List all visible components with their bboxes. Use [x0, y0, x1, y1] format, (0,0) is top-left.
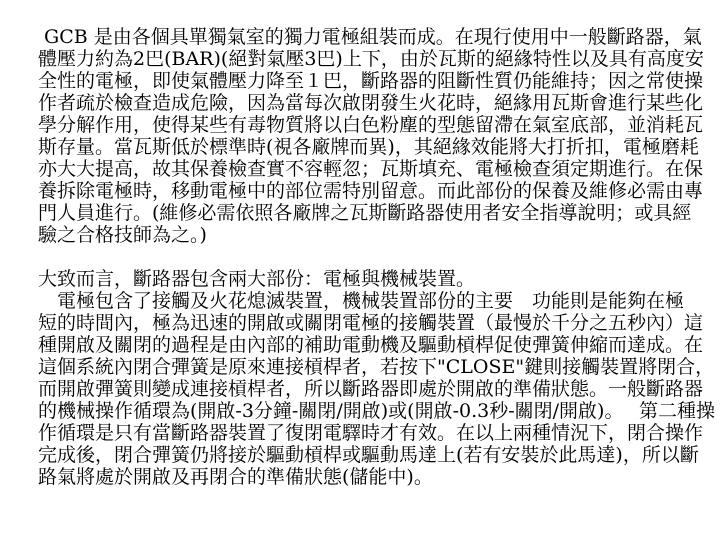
text-line: 斯存量。當瓦斯低於標準時(視各廠牌而異)，其絕緣效能將大打折扣，電極磨耗: [38, 136, 710, 158]
text-line: 學分解作用，使得某些有毒物質將以白色粉塵的型態留滯在氣室底部，並消耗瓦: [38, 114, 710, 136]
paragraph-gcb-intro: GCB 是由各個具單獨氣室的獨力電極組裝而成。在現行使用中一般斷路器，氣體壓力約…: [38, 26, 710, 246]
text-line: 的機械操作循環為(開啟-3分鐘-關閉/開啟)或(開啟-0.3秒-關閉/開啟)。 …: [38, 400, 710, 422]
text-line: 驗之合格技師為之。): [38, 224, 710, 246]
text-line: 短的時間內，極為迅速的開啟或關閉電極的接觸裝置（最慢於千分之五秒內）這: [38, 312, 710, 334]
text-line: 養拆除電極時，移動電極中的部位需特別留意。而此部份的保養及維修必需由專: [38, 180, 710, 202]
document-text: GCB 是由各個具單獨氣室的獨力電極組裝而成。在現行使用中一般斷路器，氣體壓力約…: [38, 26, 710, 488]
paragraph-mechanism: 電極包含了接觸及火花熄滅裝置，機械裝置部份的主要 功能則是能夠在極短的時間內，極…: [38, 290, 710, 488]
text-line: 門人員進行。(維修必需依照各廠牌之瓦斯斷路器使用者安全指導說明；或具經: [38, 202, 710, 224]
text-line: 種開啟及關閉的過程是由內部的補助電動機及驅動槓桿促使彈簧伸縮而達成。在: [38, 334, 710, 356]
text-line: 完成後，閉合彈簧仍將接於驅動槓桿或驅動馬達上(若有安裝於此馬達)，所以斷: [38, 444, 710, 466]
text-line: 全性的電極，即使氣體壓力降至１巴，斷路器的阻斷性質仍能維持；因之常使操: [38, 70, 710, 92]
paragraph-overview: 大致而言，斷路器包含兩大部份：電極與機械裝置。: [38, 268, 710, 290]
text-line: 電極包含了接觸及火花熄滅裝置，機械裝置部份的主要 功能則是能夠在極: [38, 290, 710, 312]
text-line: GCB 是由各個具單獨氣室的獨力電極組裝而成。在現行使用中一般斷路器，氣: [38, 26, 710, 48]
text-line: 大致而言，斷路器包含兩大部份：電極與機械裝置。: [38, 268, 710, 290]
text-line: 而開啟彈簧則變成連接槓桿者，所以斷路器即處於開啟的準備狀態。一般斷路器: [38, 378, 710, 400]
text-line: 路氣將處於開啟及再閉合的準備狀態(儲能中)。: [38, 466, 710, 488]
text-line: 這個系統內閉合彈簧是原來連接槓桿者，若按下"CLOSE"鍵則接觸裝置將閉合，: [38, 356, 710, 378]
text-line: 亦大大提高，故其保養檢查實不容輕忽；瓦斯填充、電極檢查須定期進行。在保: [38, 158, 710, 180]
slide-page: GCB 是由各個具單獨氣室的獨力電極組裝而成。在現行使用中一般斷路器，氣體壓力約…: [0, 0, 720, 540]
text-line: 體壓力約為2巴(BAR)(絕對氣壓3巴)上下，由於瓦斯的絕緣特性以及具有高度安: [38, 48, 710, 70]
text-line: 作循環是只有當斷路器裝置了復閉電驛時才有效。在以上兩種情況下，閉合操作: [38, 422, 710, 444]
text-line: 作者疏於檢查造成危險，因為當每次啟閉發生火花時，絕緣用瓦斯會進行某些化: [38, 92, 710, 114]
